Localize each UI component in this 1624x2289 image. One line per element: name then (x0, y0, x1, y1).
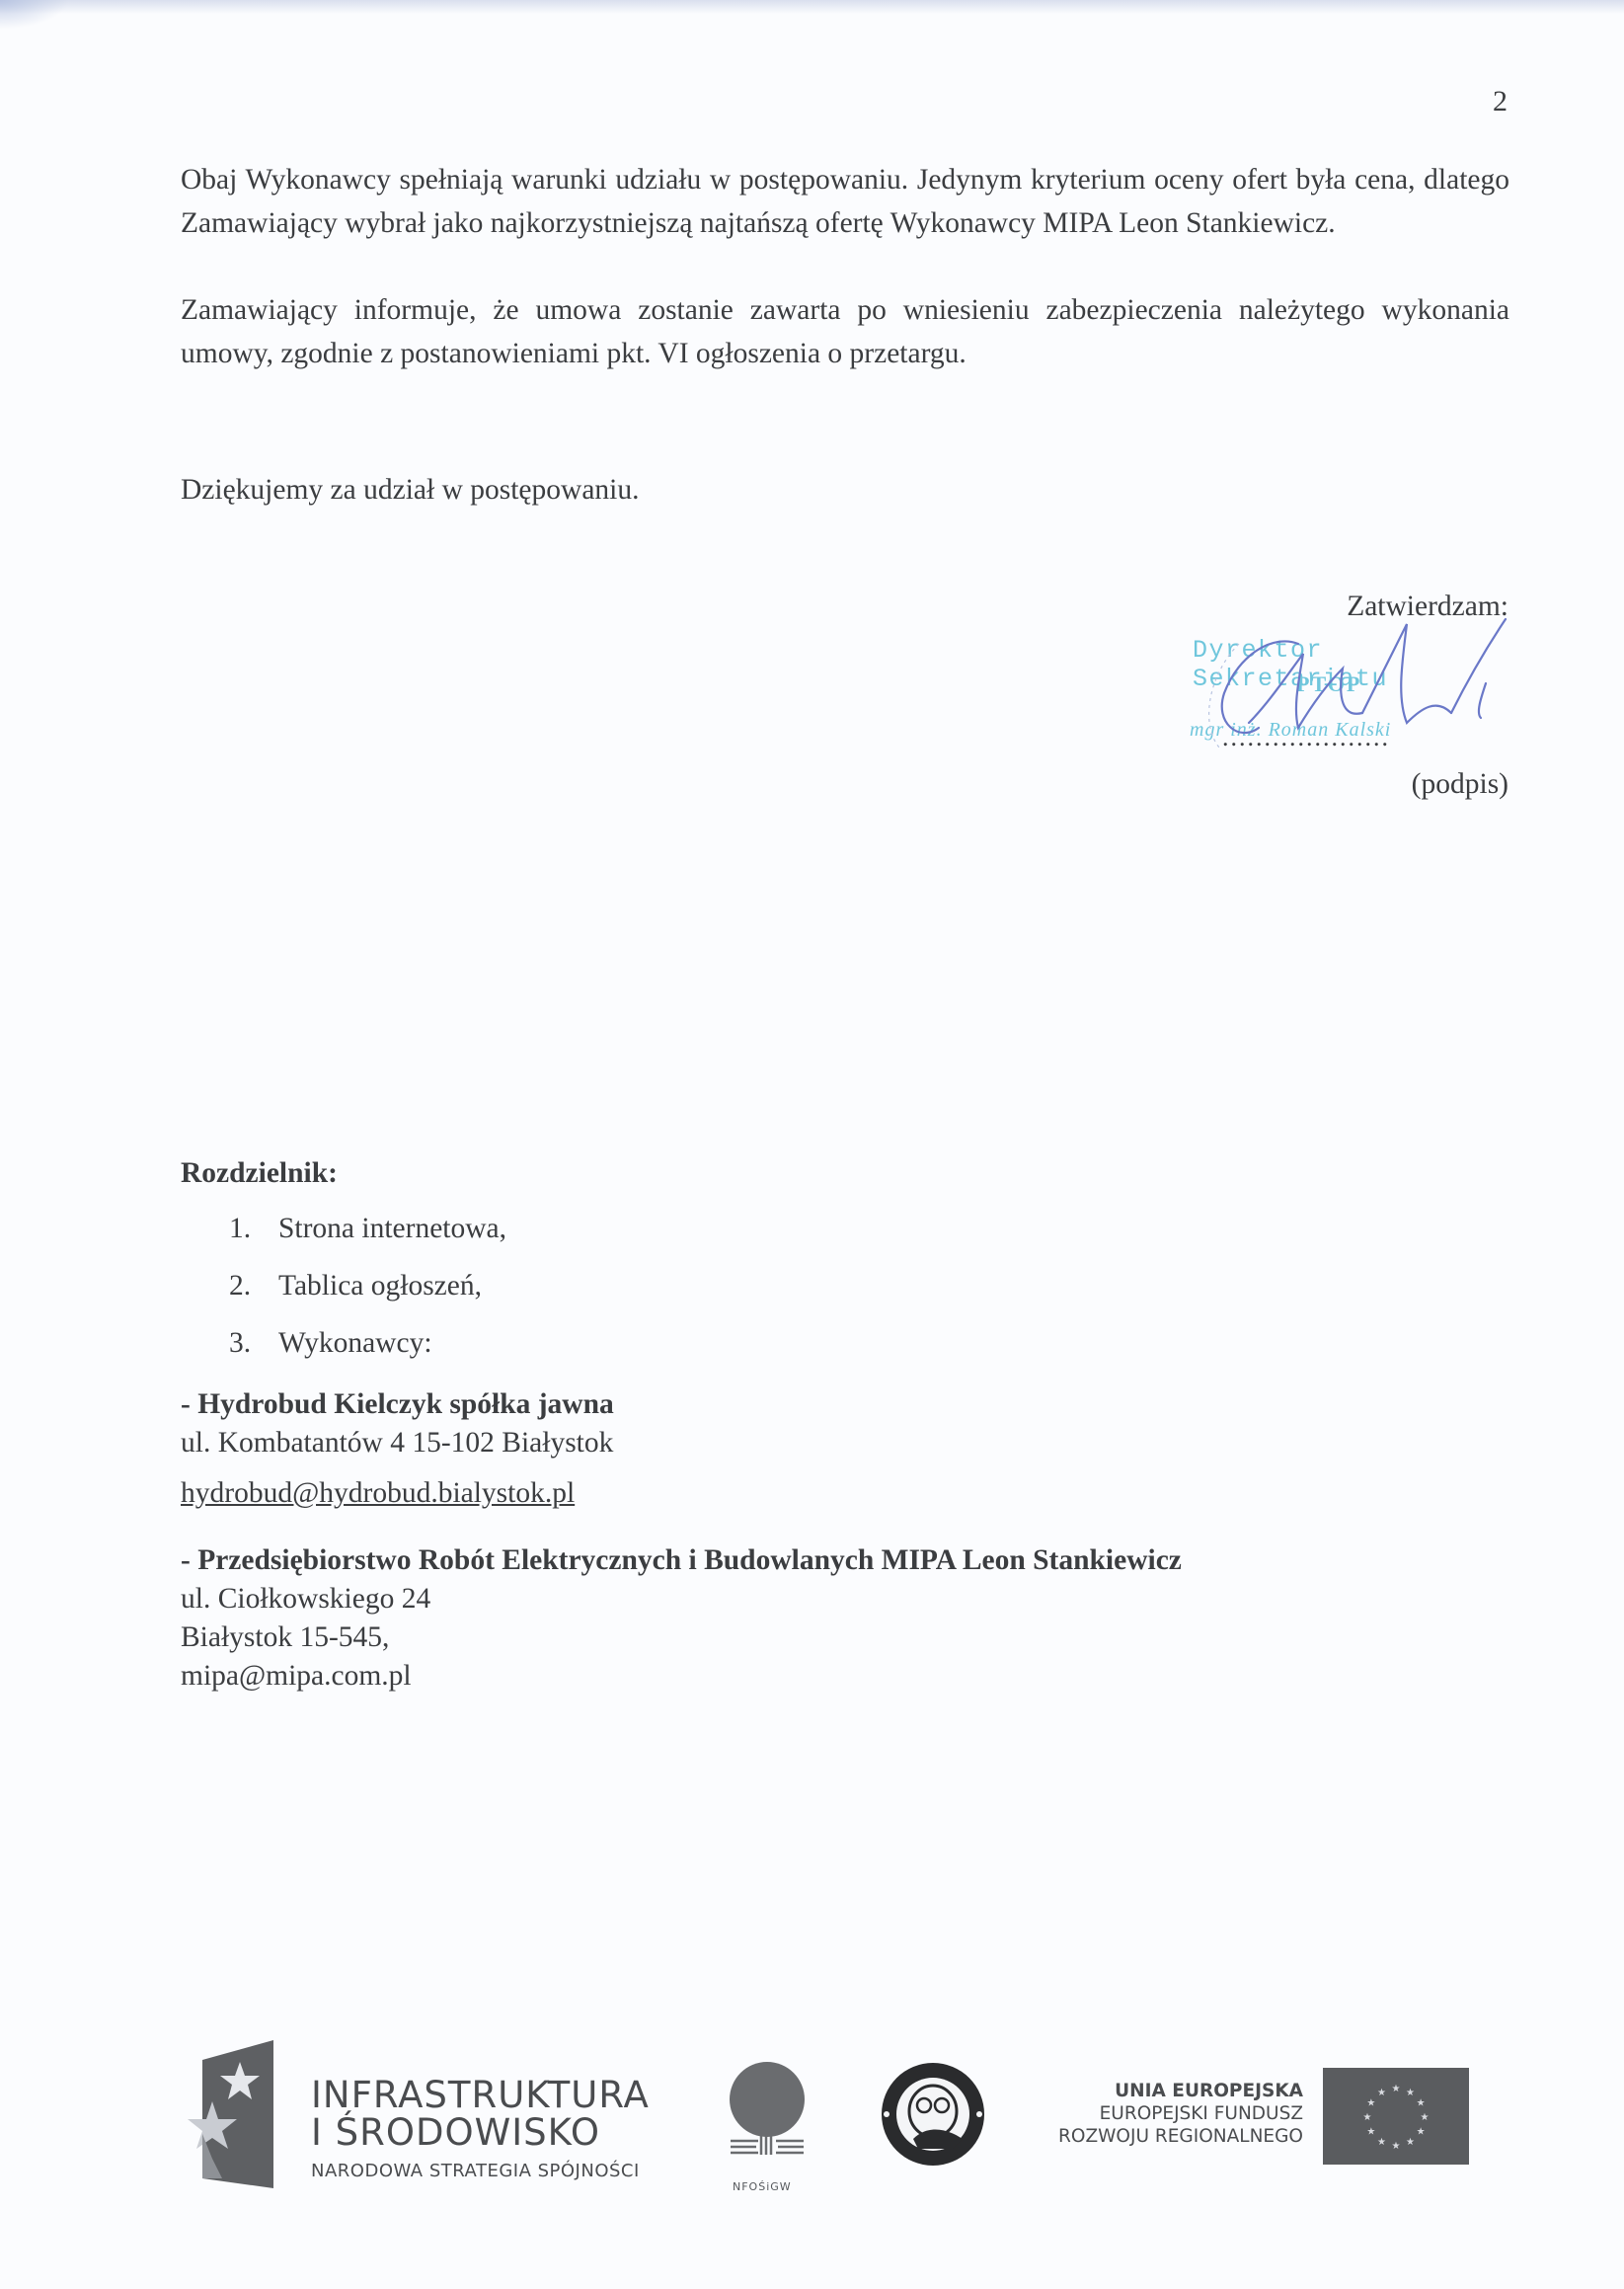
scan-edge-shadow (0, 0, 1624, 14)
contractor-email-link[interactable]: hydrobud@hydrobud.bialystok.pl (181, 1474, 575, 1513)
nfosigw-label: NFOŚiGW (733, 2180, 792, 2193)
logo-eu-text: UNIA EUROPEJSKA EUROPEJSKI FUNDUSZ ROZWO… (1058, 2080, 1303, 2148)
page-number: 2 (1493, 85, 1508, 118)
contractor-name: - Przedsiębiorstwo Robót Elektrycznych i… (181, 1541, 1182, 1580)
paragraph-evaluation: Obaj Wykonawcy spełniają warunki udziału… (181, 158, 1509, 245)
contractor-street: ul. Ciołkowskiego 24 (181, 1580, 1182, 1618)
contractor-email: mipa@mipa.com.pl (181, 1657, 1182, 1696)
list-number: 2. (229, 1270, 278, 1327)
handwritten-signature-icon (1180, 614, 1515, 752)
eu-line1: UNIA EUROPEJSKA (1058, 2080, 1303, 2102)
svg-text:★: ★ (1417, 2098, 1426, 2109)
svg-text:★: ★ (1366, 2098, 1375, 2109)
list-item: 1. Strona internetowa, (229, 1213, 506, 1270)
paragraph-contract-info: Zamawiający informuje, że umowa zostanie… (181, 288, 1509, 375)
logo-line2: I ŚRODOWISKO (311, 2111, 600, 2154)
logo-nfosigw: NFOŚiGW (729, 2058, 808, 2181)
flag-stars-icon (183, 2040, 273, 2188)
contractor-mipa: - Przedsiębiorstwo Robót Elektrycznych i… (181, 1541, 1182, 1696)
svg-text:★: ★ (1366, 2127, 1375, 2138)
svg-text:★: ★ (1406, 2088, 1415, 2098)
thanks-text: Dziękujemy za udział w postępowaniu. (181, 474, 639, 507)
list-item: 3. Wykonawcy: (229, 1327, 506, 1384)
owl-emblem-icon (879, 2060, 987, 2169)
list-label: Tablica ogłoszeń, (278, 1270, 482, 1327)
eu-flag-icon: ★★★★★★★★★★★★ (1323, 2068, 1469, 2165)
scan-corner-shadow (0, 0, 69, 30)
list-label: Strona internetowa, (278, 1213, 506, 1270)
svg-text:★: ★ (1392, 2141, 1401, 2152)
eu-line3: ROZWOJU REGIONALNEGO (1058, 2125, 1303, 2148)
contractor-name: - Hydrobud Kielczyk spółka jawna (181, 1385, 614, 1424)
svg-text:★: ★ (1417, 2127, 1426, 2138)
list-number: 1. (229, 1213, 278, 1270)
logo-line1: INFRASTRUKTURA (311, 2074, 650, 2116)
list-item: 2. Tablica ogłoszeń, (229, 1270, 506, 1327)
eu-line2: EUROPEJSKI FUNDUSZ (1058, 2102, 1303, 2125)
svg-text:★: ★ (1406, 2137, 1415, 2148)
signature-caption: (podpis) (1412, 768, 1508, 801)
svg-text:★: ★ (1363, 2112, 1372, 2123)
contractor-address: ul. Kombatantów 4 15-102 Białystok (181, 1424, 614, 1462)
logo-line3: NARODOWA STRATEGIA SPÓJNOŚCI (311, 2161, 640, 2181)
svg-text:★: ★ (1392, 2084, 1401, 2094)
distribution-list: 1. Strona internetowa, 2. Tablica ogłosz… (229, 1213, 506, 1384)
svg-text:★: ★ (1377, 2088, 1386, 2098)
globe-icon (729, 2058, 808, 2176)
contractor-hydrobud: - Hydrobud Kielczyk spółka jawna ul. Kom… (181, 1385, 614, 1513)
svg-text:★: ★ (1377, 2137, 1386, 2148)
distribution-heading: Rozdzielnik: (181, 1157, 338, 1190)
svg-text:★: ★ (1421, 2112, 1430, 2123)
list-label: Wykonawcy: (278, 1327, 432, 1384)
list-number: 3. (229, 1327, 278, 1384)
footer-logos: INFRASTRUKTURA I ŚRODOWISKO NARODOWA STR… (0, 2034, 1624, 2202)
contractor-city: Białystok 15-545, (181, 1618, 1182, 1657)
